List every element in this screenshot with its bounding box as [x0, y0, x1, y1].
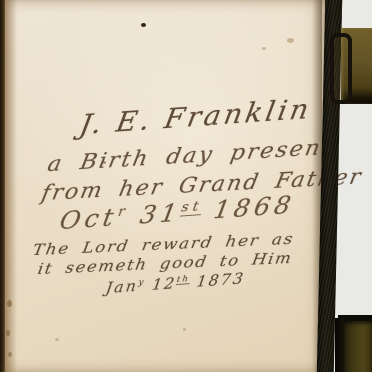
- paper-speck: [183, 328, 186, 331]
- book-inscription-photo: J. E. Franklina Birth day presentfrom he…: [0, 0, 372, 372]
- recipient-name: J. E. Franklin: [77, 94, 314, 142]
- brass-clasp-bottom-hinge: [335, 318, 344, 372]
- paper-stain: [262, 47, 266, 50]
- paper-speck: [55, 338, 59, 341]
- paper-speck: [141, 23, 146, 27]
- page-gutter-fade: [5, 0, 17, 372]
- paper-stain: [287, 38, 294, 43]
- brass-clasp-top-hinge: [330, 33, 352, 104]
- brass-clasp-bottom: [344, 321, 372, 372]
- book-page: J. E. Franklina Birth day presentfrom he…: [0, 0, 327, 372]
